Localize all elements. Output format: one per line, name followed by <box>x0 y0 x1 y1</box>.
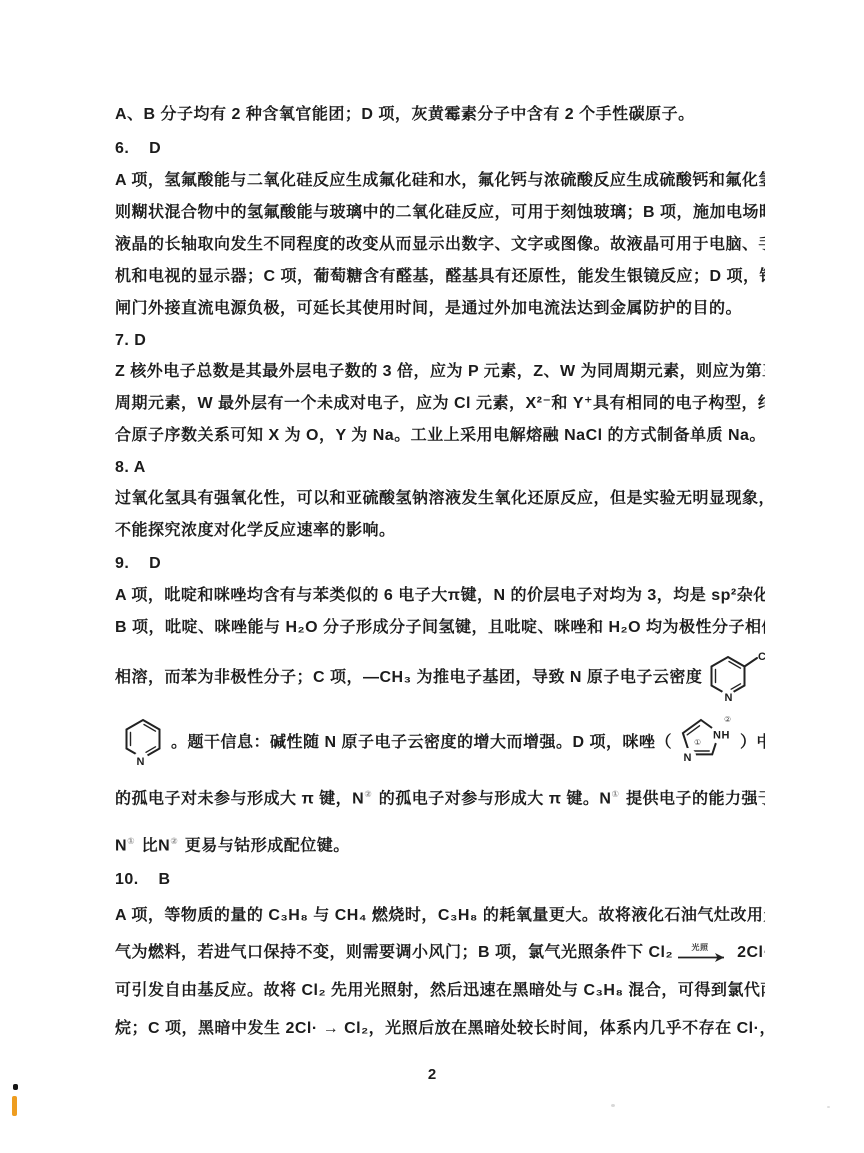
q10-line4: 烷；C 项，黑暗中发生 2Cl· → Cl₂，光照后放在黑暗处较长时间，体系内几… <box>115 1010 765 1048</box>
q9-line2: B 项，吡啶、咪唑能与 H₂O 分子形成分子间氢键，且吡啶、咪唑和 H₂O 均为… <box>115 612 765 644</box>
scan-speck <box>611 1104 615 1107</box>
q6-line: A 项，氢氟酸能与二氧化硅反应生成氟化硅和水，氟化钙与浓硫酸反应生成硫酸钙和氟化… <box>115 165 765 197</box>
methyl-label: CH₃ <box>758 651 765 663</box>
arrow-condition-label: 光照 <box>692 942 709 952</box>
nitrogen-label: N <box>725 692 733 704</box>
q10-line2-product: 2Cl·， <box>737 934 765 972</box>
n2-superscript: ② <box>364 789 372 799</box>
q9-line4-text: 。题干信息：碱性随 N 原子电子云密度的增大而增强。D 项，咪唑（ <box>171 729 672 752</box>
margin-orange-mark <box>12 1096 17 1116</box>
q10-line3: 可引发自由基反应。故将 Cl₂ 先用光照射，然后迅速在黑暗处与 C₃H₈ 混合，… <box>115 972 765 1010</box>
q9-line5-seg: 的孤电子对参与形成大 π 键。N <box>374 790 612 807</box>
q9-line4: N 。题干信息：碱性随 N 原子电子云密度的增大而增强。D 项，咪唑（ N NH… <box>115 706 765 774</box>
nh-label: NH <box>713 730 730 742</box>
margin-dot-mark <box>13 1084 18 1090</box>
q9-line6-seg: 更易与钴形成配位键。 <box>180 837 350 854</box>
scan-speck <box>827 1106 830 1108</box>
q9-line6-seg: 比N <box>137 837 171 854</box>
q9-line4-close: ）中N <box>740 729 765 752</box>
q6-line: 闸门外接直流电源负极，可延长其使用时间，是通过外加电流法达到金属防护的目的。 <box>115 293 765 325</box>
answer-header-q9: 9. D <box>115 547 765 580</box>
q9-line5: 的孤电子对未参与形成大 π 键，N② 的孤电子对参与形成大 π 键。N① 提供电… <box>115 774 765 814</box>
q9-line3-text: 相溶，而苯为非极性分子；C 项，—CH₃ 为推电子基团，导致 N 原子电子云密度 <box>115 664 702 687</box>
q9-line6-seg: N <box>115 837 127 854</box>
answer-text-block: A、B 分子均有 2 种含氧官能团；D 项，灰黄霉素分子中含有 2 个手性碳原子… <box>115 98 765 1048</box>
q6-line: 机和电视的显示器；C 项，葡萄糖含有醛基，醛基具有还原性，能发生银镜反应；D 项… <box>115 261 765 293</box>
q9-line5-seg: 的孤电子对未参与形成大 π 键，N <box>115 790 364 807</box>
page-number: 2 <box>0 1066 864 1083</box>
answer-header-q6: 6. D <box>115 132 765 165</box>
q7-line: Z 核外电子总数是其最外层电子数的 3 倍，应为 P 元素，Z、W 为同周期元素… <box>115 356 765 388</box>
imidazole-structure: N NH ① ② <box>672 706 740 774</box>
q10-line2-text: 气为燃料，若进气口保持不变，则需要调小风门；B 项，氯气光照条件下 Cl₂ <box>115 934 673 972</box>
q8-line: 不能探究浓度对化学反应速率的影响。 <box>115 515 765 547</box>
n2-superscript: ② <box>170 836 178 846</box>
q9-line6: N① 比N② 更易与钴形成配位键。 <box>115 820 765 862</box>
nitrogen-label: N <box>683 752 691 764</box>
reaction-condition-arrow: 光照 <box>676 934 734 972</box>
methylpyridine-structure: N CH₃ <box>702 644 765 706</box>
n1-superscript: ① <box>611 789 619 799</box>
answer-header-q8: 8. A <box>115 452 765 483</box>
n1-circled-mark: ① <box>694 738 702 747</box>
n1-superscript: ① <box>127 836 135 846</box>
q6-line: 液晶的长轴取向发生不同程度的改变从而显示出数字、文字或图像。故液晶可用于电脑、手 <box>115 229 765 261</box>
answer-header-q10: 10. B <box>115 862 765 898</box>
q9-line1: A 项，吡啶和咪唑均含有与苯类似的 6 电子大π键，N 的价层电子对均为 3，均… <box>115 580 765 612</box>
q7-line: 合原子序数关系可知 X 为 O，Y 为 Na。工业上采用电解熔融 NaCl 的方… <box>115 420 765 452</box>
q10-line1: A 项，等物质的量的 C₃H₈ 与 CH₄ 燃烧时，C₃H₈ 的耗氧量更大。故将… <box>115 898 765 934</box>
q9-line5-seg: 提供电子的能力强于N <box>621 790 765 807</box>
q9-line3: 相溶，而苯为非极性分子；C 项，—CH₃ 为推电子基团，导致 N 原子电子云密度… <box>115 644 765 706</box>
q6-line: 则糊状混合物中的氢氟酸能与玻璃中的二氧化硅反应，可用于刻蚀玻璃；B 项，施加电场… <box>115 197 765 229</box>
q8-line: 过氧化氢具有强氧化性，可以和亚硫酸氢钠溶液发生氧化还原反应，但是实验无明显现象， <box>115 483 765 515</box>
nitrogen-label: N <box>137 756 145 768</box>
pyridine-structure: N <box>115 706 171 774</box>
scanned-answer-page: A、B 分子均有 2 种含氧官能团；D 项，灰黄霉素分子中含有 2 个手性碳原子… <box>0 0 864 1153</box>
n2-circled-mark: ② <box>724 715 732 724</box>
q10-line2: 气为燃料，若进气口保持不变，则需要调小风门；B 项，氯气光照条件下 Cl₂ 光照… <box>115 934 765 972</box>
answer-header-q7: 7. D <box>115 325 765 356</box>
q7-line: 周期元素，W 最外层有一个未成对电子，应为 Cl 元素，X²⁻和 Y⁺具有相同的… <box>115 388 765 420</box>
q5-tail-line: A、B 分子均有 2 种含氧官能团；D 项，灰黄霉素分子中含有 2 个手性碳原子… <box>115 98 765 132</box>
